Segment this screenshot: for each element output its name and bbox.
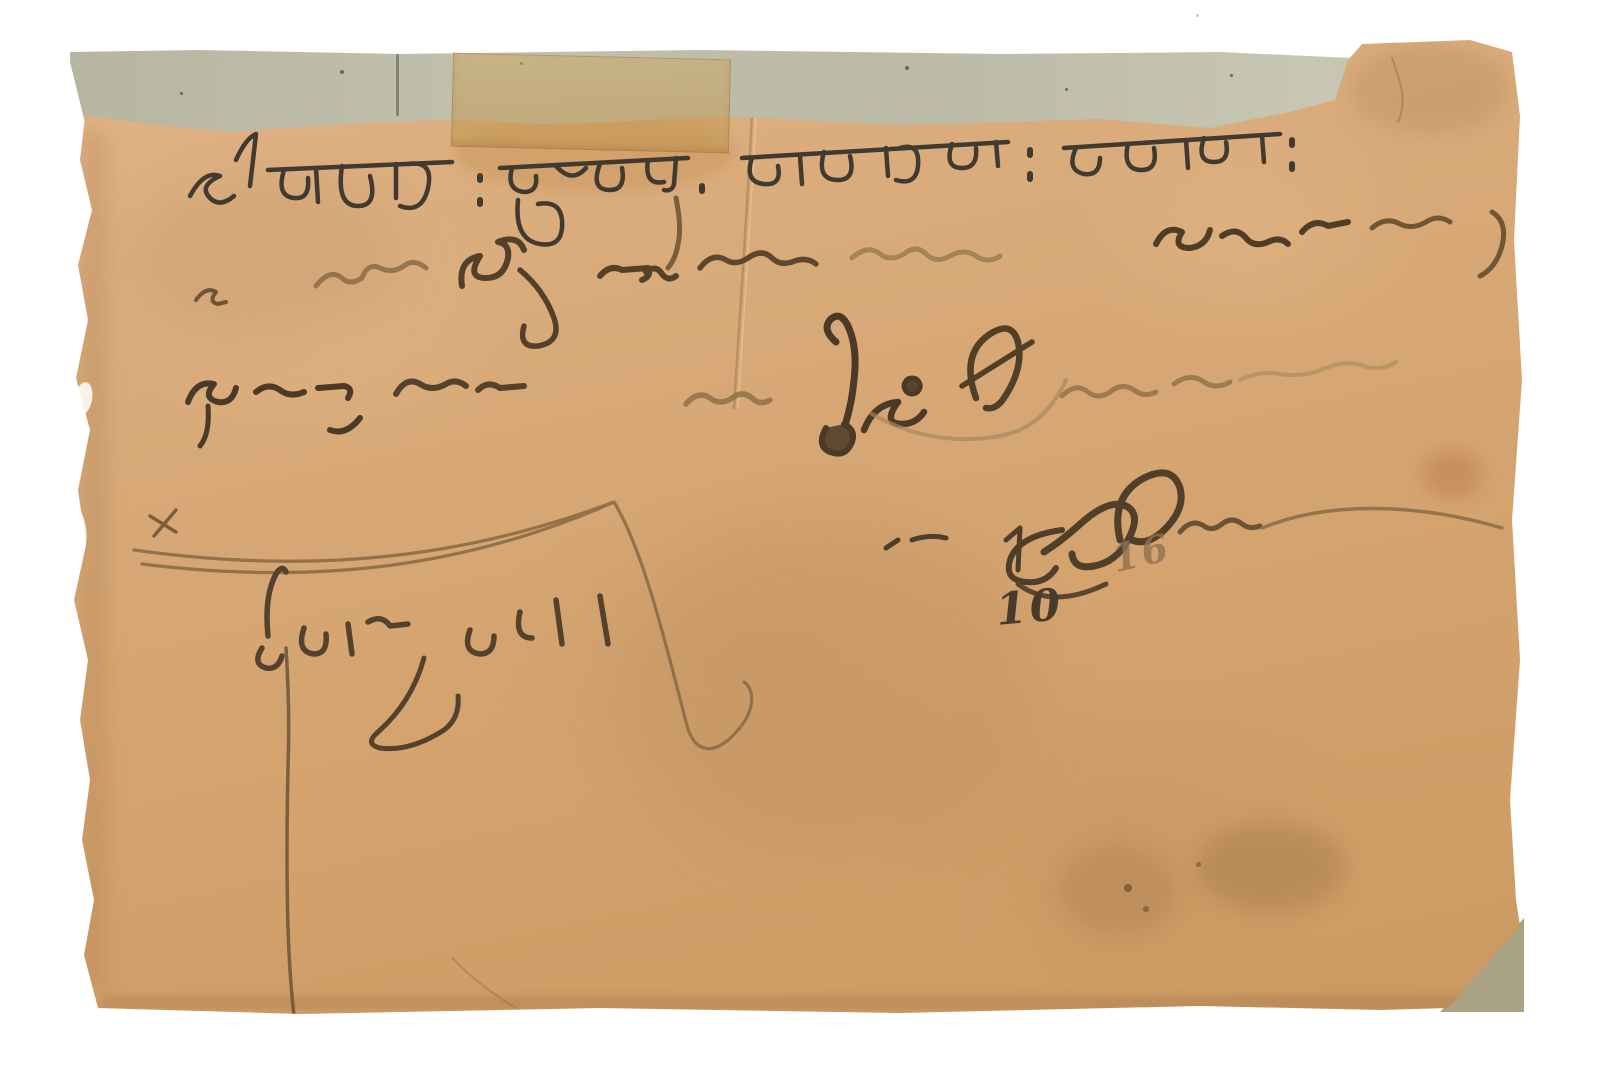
long-descender-stroke <box>286 648 296 1032</box>
dust-speck <box>1196 14 1199 17</box>
paper-speck <box>1065 88 1068 91</box>
paper-speck <box>1230 74 1233 77</box>
x-mark <box>150 510 176 536</box>
numeral-10: 10 <box>994 579 1065 636</box>
crease-lines <box>452 58 1403 1008</box>
scan-background: 10 16 श्री साहु : धनरान : सुमासिंगी : ल्… <box>0 0 1600 1066</box>
strip-crease <box>396 54 399 116</box>
envelope-paper: 10 16 श्री साहु : धनरान : सुमासिंगी : ल्… <box>0 0 1600 1066</box>
paper-speck <box>180 92 183 95</box>
ornament-flourish <box>134 502 752 749</box>
tape-patch <box>451 53 731 154</box>
lower-left-word <box>258 568 608 1032</box>
handwriting-layer <box>0 0 1600 1066</box>
signature-tail <box>1262 508 1502 528</box>
paper-speck <box>905 66 909 70</box>
paper-speck <box>340 70 344 74</box>
signature-flourish <box>886 473 1502 597</box>
tibetan-line-2 <box>188 316 1396 453</box>
address-line-devanagari <box>190 104 1292 244</box>
